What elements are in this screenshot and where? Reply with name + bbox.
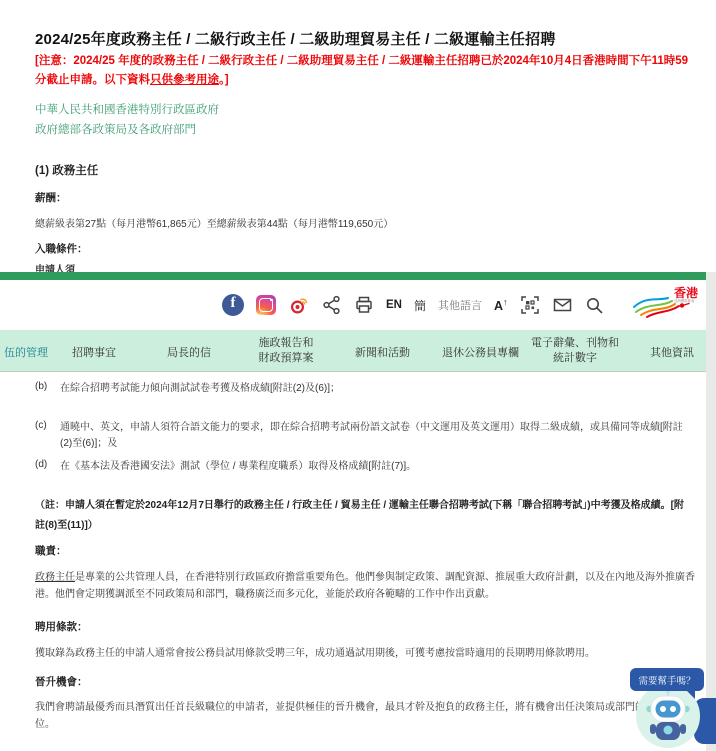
requirement-b-text: 在綜合招聘考試能力傾向測試試卷考獲及格成績[附註(2)及(6)]； — [60, 381, 690, 397]
notice-text: [注意：2024/25 年度的政務主任 / 二級行政主任 / 二級助理貿易主任 … — [35, 52, 690, 90]
share-icon[interactable] — [322, 295, 342, 315]
promotion-heading: 晉升機會： — [35, 674, 88, 689]
nav-item-retired-civil-servants[interactable]: 退休公務員專欄 — [442, 344, 519, 360]
requirement-b-label: (b) — [35, 381, 47, 392]
weibo-icon[interactable] — [288, 294, 310, 316]
page-title: 2024/25年度政務主任 / 二級行政主任 / 二級助理貿易主任 / 二級運輸… — [35, 28, 556, 49]
promotion-paragraph: 我們會聘請最優秀而具潛質出任首長級職位的申請者，並提供極佳的晉升機會，最具才幹及… — [35, 700, 675, 733]
mail-icon[interactable] — [552, 295, 573, 315]
utility-icon-row: EN 簡 其他語言 A↑ — [222, 280, 604, 330]
brand-logo-text: 香港 — [674, 285, 698, 300]
brand-logo-subtext: 亞洲國際都會 — [674, 298, 695, 303]
nav-item-news-events[interactable]: 新聞和活動 — [355, 344, 410, 360]
notice-prefix: [注意：2024/25 年度的政務主任 / 二級行政主任 / 二級助理貿易主任 … — [35, 55, 688, 86]
duties-paragraph: 政務主任是專業的公共管理人員，在香港特別行政區政府擔當重要角色。他們參與制定政策… — [35, 570, 695, 603]
requirement-c-text: 通曉中、英文，申請人須符合語文能力的要求，即在綜合招聘考試兩份語文試卷（中文運用… — [60, 420, 690, 452]
search-icon[interactable] — [585, 296, 604, 315]
requirement-d-text: 在《基本法及香港國安法》測試（學位 / 專業程度職系）取得及格成績[附註(7)]… — [60, 459, 690, 475]
notice-suffix: 。] — [219, 74, 229, 86]
utility-bar: EN 簡 其他語言 A↑ — [0, 280, 716, 330]
org-line-2: 政府總部各政策局及各政府部門 — [35, 120, 219, 140]
header-green-divider — [0, 272, 716, 280]
requirement-d-label: (d) — [35, 459, 47, 470]
nav-item-glossaries-publications-statistics[interactable]: 電子辭彙、刊物和統計數字 — [528, 336, 622, 366]
language-simplified-button[interactable]: 簡 — [414, 297, 426, 314]
post-heading: (1) 政務主任 — [35, 162, 98, 178]
clipped-text-line: 申請人須 — [35, 261, 75, 272]
duties-paragraph-text: 是專業的公共管理人員，在香港特別行政區政府擔當重要角色。他們參與制定政策、調配資… — [35, 572, 695, 600]
nav-item-civil-service-management[interactable]: 伍的管理 — [4, 344, 48, 360]
page: 2024/25年度政務主任 / 二級行政主任 / 二級助理貿易主任 / 二級運輸… — [0, 0, 716, 751]
language-en-button[interactable]: EN — [386, 299, 402, 311]
document-top-section: 2024/25年度政務主任 / 二級行政主任 / 二級助理貿易主任 / 二級運輸… — [0, 0, 716, 272]
org-line-1: 中華人民共和國香港特別行政區政府 — [35, 100, 219, 120]
instagram-icon[interactable] — [256, 295, 276, 315]
nav-item-secretary-letter[interactable]: 局長的信 — [167, 344, 211, 360]
print-icon[interactable] — [354, 295, 374, 315]
salary-label: 薪酬： — [35, 190, 67, 205]
chatbot-help-bubble[interactable]: 需要幫手嗎？ — [630, 668, 704, 691]
font-size-button[interactable]: A↑ — [494, 297, 508, 313]
salary-text: 總薪級表第27點（每月港幣61,865元）至總薪級表第44點（每月港幣119,6… — [35, 215, 393, 230]
nav-item-other-info[interactable]: 其他資訊 — [650, 344, 694, 360]
font-size-arrow: ↑ — [503, 297, 508, 307]
other-languages-button[interactable]: 其他語言 — [438, 297, 482, 313]
nav-item-policy-address-budget[interactable]: 施政報告和財政預算案 — [254, 336, 318, 366]
font-size-letter: A — [494, 299, 503, 313]
duties-heading: 職責： — [35, 543, 67, 558]
facebook-icon[interactable] — [222, 294, 244, 316]
joint-exam-note: （註：申請人須在暫定於2024年12月7日舉行的政務主任 / 行政主任 / 貿易… — [35, 496, 693, 536]
scrollbar[interactable] — [706, 272, 716, 751]
administrative-officer-link[interactable]: 政務主任 — [35, 572, 75, 583]
notice-underlined-text: 只供參考用途 — [150, 74, 219, 86]
nav-item-recruitment[interactable]: 招聘事宜 — [72, 344, 116, 360]
government-org-lines: 中華人民共和國香港特別行政區政府 政府總部各政策局及各政府部門 — [35, 100, 219, 140]
terms-heading: 聘用條款： — [35, 619, 88, 634]
brand-hongkong-logo[interactable]: 香港 亞洲國際都會 — [632, 283, 704, 327]
terms-paragraph: 獲取錄為政務主任的申請人通常會按公務員試用條款受聘三年，成功通過試用期後，可獲考… — [35, 646, 695, 663]
entry-requirements-label: 入職條件： — [35, 241, 88, 256]
main-navigation: 伍的管理 招聘事宜 局長的信 施政報告和財政預算案 新聞和活動 退休公務員專欄 … — [0, 330, 716, 372]
requirement-c-label: (c) — [35, 420, 47, 431]
qr-code-icon[interactable] — [520, 295, 540, 315]
